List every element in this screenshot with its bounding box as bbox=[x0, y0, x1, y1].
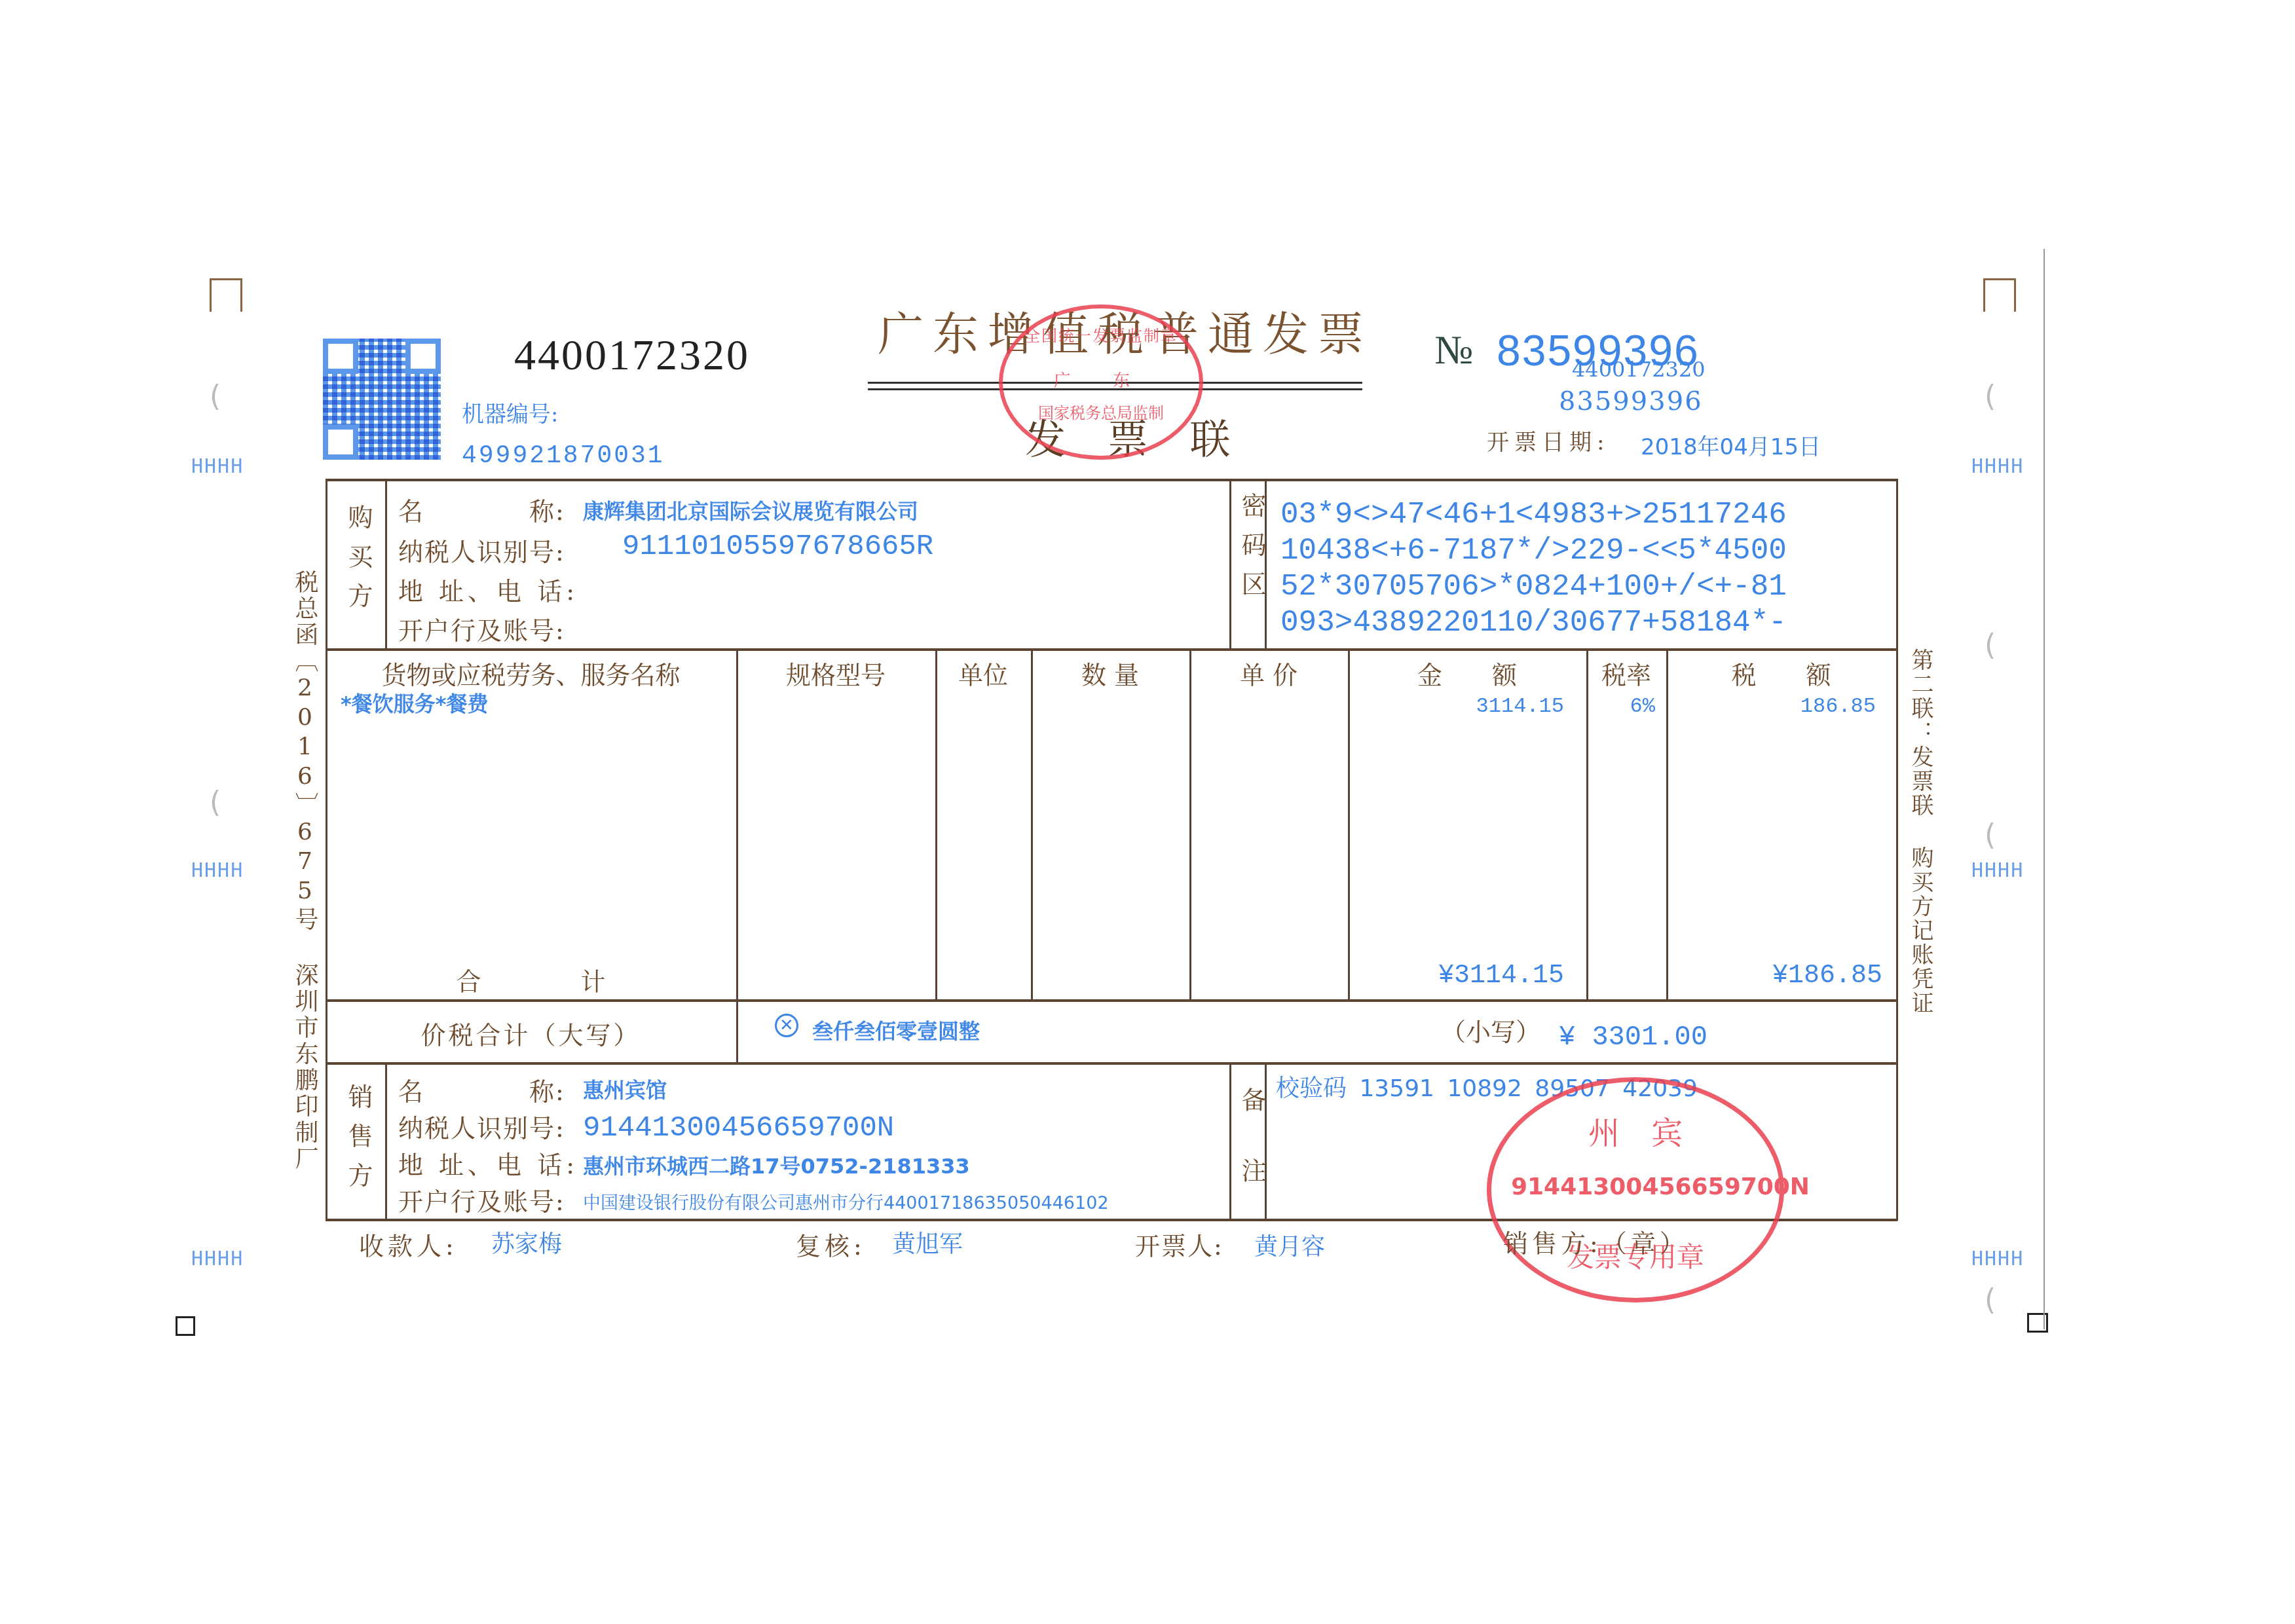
cipher-section-label: 密码区 bbox=[1234, 492, 1270, 610]
grand-total-in-figures: ¥ 3301.00 bbox=[1559, 1022, 1707, 1053]
cipher-divider-1 bbox=[1229, 479, 1231, 649]
buyer-tax-id-label: 纳税人识别号: bbox=[398, 532, 565, 568]
machine-number-label: 机器编号: bbox=[462, 396, 558, 428]
remarks-divider-1 bbox=[1229, 1062, 1231, 1219]
total-amount: ¥3114.15 bbox=[1348, 961, 1564, 991]
cancel-circle-icon: ✕ bbox=[775, 1014, 798, 1037]
grand-total-bottom-border bbox=[326, 1062, 1897, 1065]
grand-total-divider bbox=[736, 999, 738, 1062]
col-divider-price bbox=[1189, 648, 1191, 999]
seller-label-divider bbox=[385, 1062, 387, 1219]
perforation-mark: HHHH bbox=[191, 455, 244, 478]
col-header-qty: 数 量 bbox=[1031, 655, 1189, 691]
perforation-mark: HHHH bbox=[191, 1247, 244, 1270]
item-tax: 186.85 bbox=[1666, 694, 1876, 718]
seller-stamp-top: 州 宾 bbox=[1491, 1108, 1780, 1153]
grand-total-small-label: （小写） bbox=[1441, 1012, 1540, 1048]
col-header-amount: 金 额 bbox=[1348, 655, 1586, 691]
invoice-code: 4400172320 bbox=[514, 331, 750, 380]
seller-bank: 中国建设银行股份有限公司惠州市分行44001718635050446102 bbox=[583, 1189, 1109, 1214]
number-symbol: № bbox=[1434, 327, 1473, 374]
seller-section-label: 销售方 bbox=[341, 1084, 377, 1202]
supervision-stamp-top: 全国统一发票监制章 bbox=[1016, 323, 1186, 346]
grand-total-label: 价税合计（大写） bbox=[326, 1015, 736, 1051]
buyer-bank-label: 开户行及账号: bbox=[398, 610, 565, 646]
perforation-mark: HHHH bbox=[1971, 859, 2024, 882]
invoice-number-small: 83599396 bbox=[1559, 386, 1703, 416]
grand-total-in-words: 叁仟叁佰零壹圆整 bbox=[812, 1015, 980, 1045]
supervision-stamp-middle: 广 东 bbox=[1003, 367, 1199, 392]
copy-label: 第二联：发票联 购买方记账凭证 bbox=[1905, 648, 1937, 1016]
corner-mark-top-left bbox=[210, 278, 242, 312]
seller-seal-label: 销售方:（章） bbox=[1503, 1223, 1689, 1259]
seller-name: 惠州宾馆 bbox=[583, 1074, 667, 1104]
buyer-address-label: 地 址、电 话: bbox=[398, 571, 578, 607]
supervision-stamp-bottom: 国家税务总局监制 bbox=[1016, 400, 1186, 423]
seller-address-label: 地 址、电 话: bbox=[398, 1145, 578, 1181]
margin-mark: ( bbox=[210, 380, 221, 413]
seller-address: 惠州市环城西二路17号0752-2181333 bbox=[583, 1150, 970, 1180]
perforation-mark: HHHH bbox=[1971, 455, 2024, 478]
item-tax-rate: 6% bbox=[1586, 694, 1655, 718]
corner-mark-top-right bbox=[1983, 278, 2016, 312]
buyer-label-divider bbox=[385, 479, 387, 649]
issuer: 黄月容 bbox=[1254, 1228, 1325, 1262]
cipher-line-3: 52*30705706>*0824+100+/<+-81 bbox=[1280, 570, 1787, 604]
buyer-bottom-border bbox=[326, 648, 1897, 651]
margin-mark: ( bbox=[1985, 629, 1996, 662]
col-header-spec: 规格型号 bbox=[736, 655, 935, 691]
corner-mark-bottom-right bbox=[2027, 1313, 2048, 1333]
seller-bank-label: 开户行及账号: bbox=[398, 1181, 565, 1217]
margin-mark: ( bbox=[1985, 380, 1996, 413]
items-bottom-border bbox=[326, 999, 1897, 1002]
corner-mark-bottom-left bbox=[176, 1316, 195, 1336]
margin-mark: ( bbox=[1985, 819, 1996, 852]
reviewer: 黄旭军 bbox=[892, 1226, 963, 1259]
cipher-line-2: 10438<+6-7187*/>229-<<5*4500 bbox=[1280, 534, 1787, 568]
qr-code bbox=[323, 339, 441, 460]
seller-name-label: 名 称: bbox=[398, 1071, 565, 1107]
printer-info: 税总函〔2016〕675号 深圳市东鹏印制厂 bbox=[288, 570, 322, 1172]
issue-date-label: 开票日期: bbox=[1487, 424, 1609, 456]
cipher-line-1: 03*9<>47<46+1<4983+>25117246 bbox=[1280, 498, 1787, 532]
col-header-name: 货物或应税劳务、服务名称 bbox=[326, 655, 736, 691]
buyer-name: 康辉集团北京国际会议展览有限公司 bbox=[583, 495, 918, 525]
buyer-section-label: 购买方 bbox=[341, 504, 377, 622]
seller-stamp-tax-id: 91441300456659700N bbox=[1511, 1173, 1760, 1200]
item-amount: 3114.15 bbox=[1348, 694, 1564, 718]
col-divider-unit bbox=[935, 648, 937, 999]
issuer-label: 开票人: bbox=[1135, 1226, 1223, 1262]
col-divider-qty bbox=[1031, 648, 1033, 999]
col-header-unit: 单位 bbox=[935, 655, 1031, 691]
machine-number: 499921870031 bbox=[462, 442, 665, 470]
buyer-name-label: 名 称: bbox=[398, 491, 565, 527]
col-header-rate: 税率 bbox=[1586, 655, 1666, 691]
payee: 苏家梅 bbox=[491, 1226, 562, 1259]
table-top-border bbox=[326, 479, 1897, 481]
margin-mark: ( bbox=[210, 786, 221, 819]
item-name: *餐饮服务*餐费 bbox=[341, 688, 488, 718]
col-header-price: 单 价 bbox=[1189, 655, 1348, 691]
table-right-border bbox=[1896, 479, 1898, 1221]
payee-label: 收款人: bbox=[359, 1226, 458, 1262]
margin-mark: ( bbox=[1985, 1283, 1996, 1317]
perforation-mark: HHHH bbox=[191, 859, 244, 882]
buyer-tax-id: 91110105597678665R bbox=[622, 530, 933, 563]
total-label: 合 计 bbox=[326, 961, 736, 997]
seller-tax-id-label: 纳税人识别号: bbox=[398, 1108, 565, 1144]
issue-date: 2018年04月15日 bbox=[1641, 429, 1821, 461]
reviewer-label: 复核: bbox=[796, 1226, 866, 1262]
invoice-code-small: 4400172320 bbox=[1572, 357, 1706, 382]
total-tax: ¥186.85 bbox=[1666, 961, 1882, 991]
right-edge-line bbox=[2043, 249, 2045, 1329]
remarks-section-label: 备注 bbox=[1234, 1087, 1270, 1228]
seller-tax-id: 91441300456659700N bbox=[583, 1112, 894, 1145]
perforation-mark: HHHH bbox=[1971, 1247, 2024, 1270]
col-divider-spec bbox=[736, 648, 738, 999]
col-header-tax: 税 额 bbox=[1666, 655, 1896, 691]
supervision-stamp: 全国统一发票监制章 广 东 国家税务总局监制 bbox=[999, 304, 1203, 460]
table-left-border bbox=[326, 479, 327, 1221]
cipher-line-4: 093>4389220110/30677+58184*- bbox=[1280, 606, 1787, 640]
seller-invoice-stamp: 州 宾 91441300456659700N 发票专用章 bbox=[1487, 1077, 1784, 1302]
